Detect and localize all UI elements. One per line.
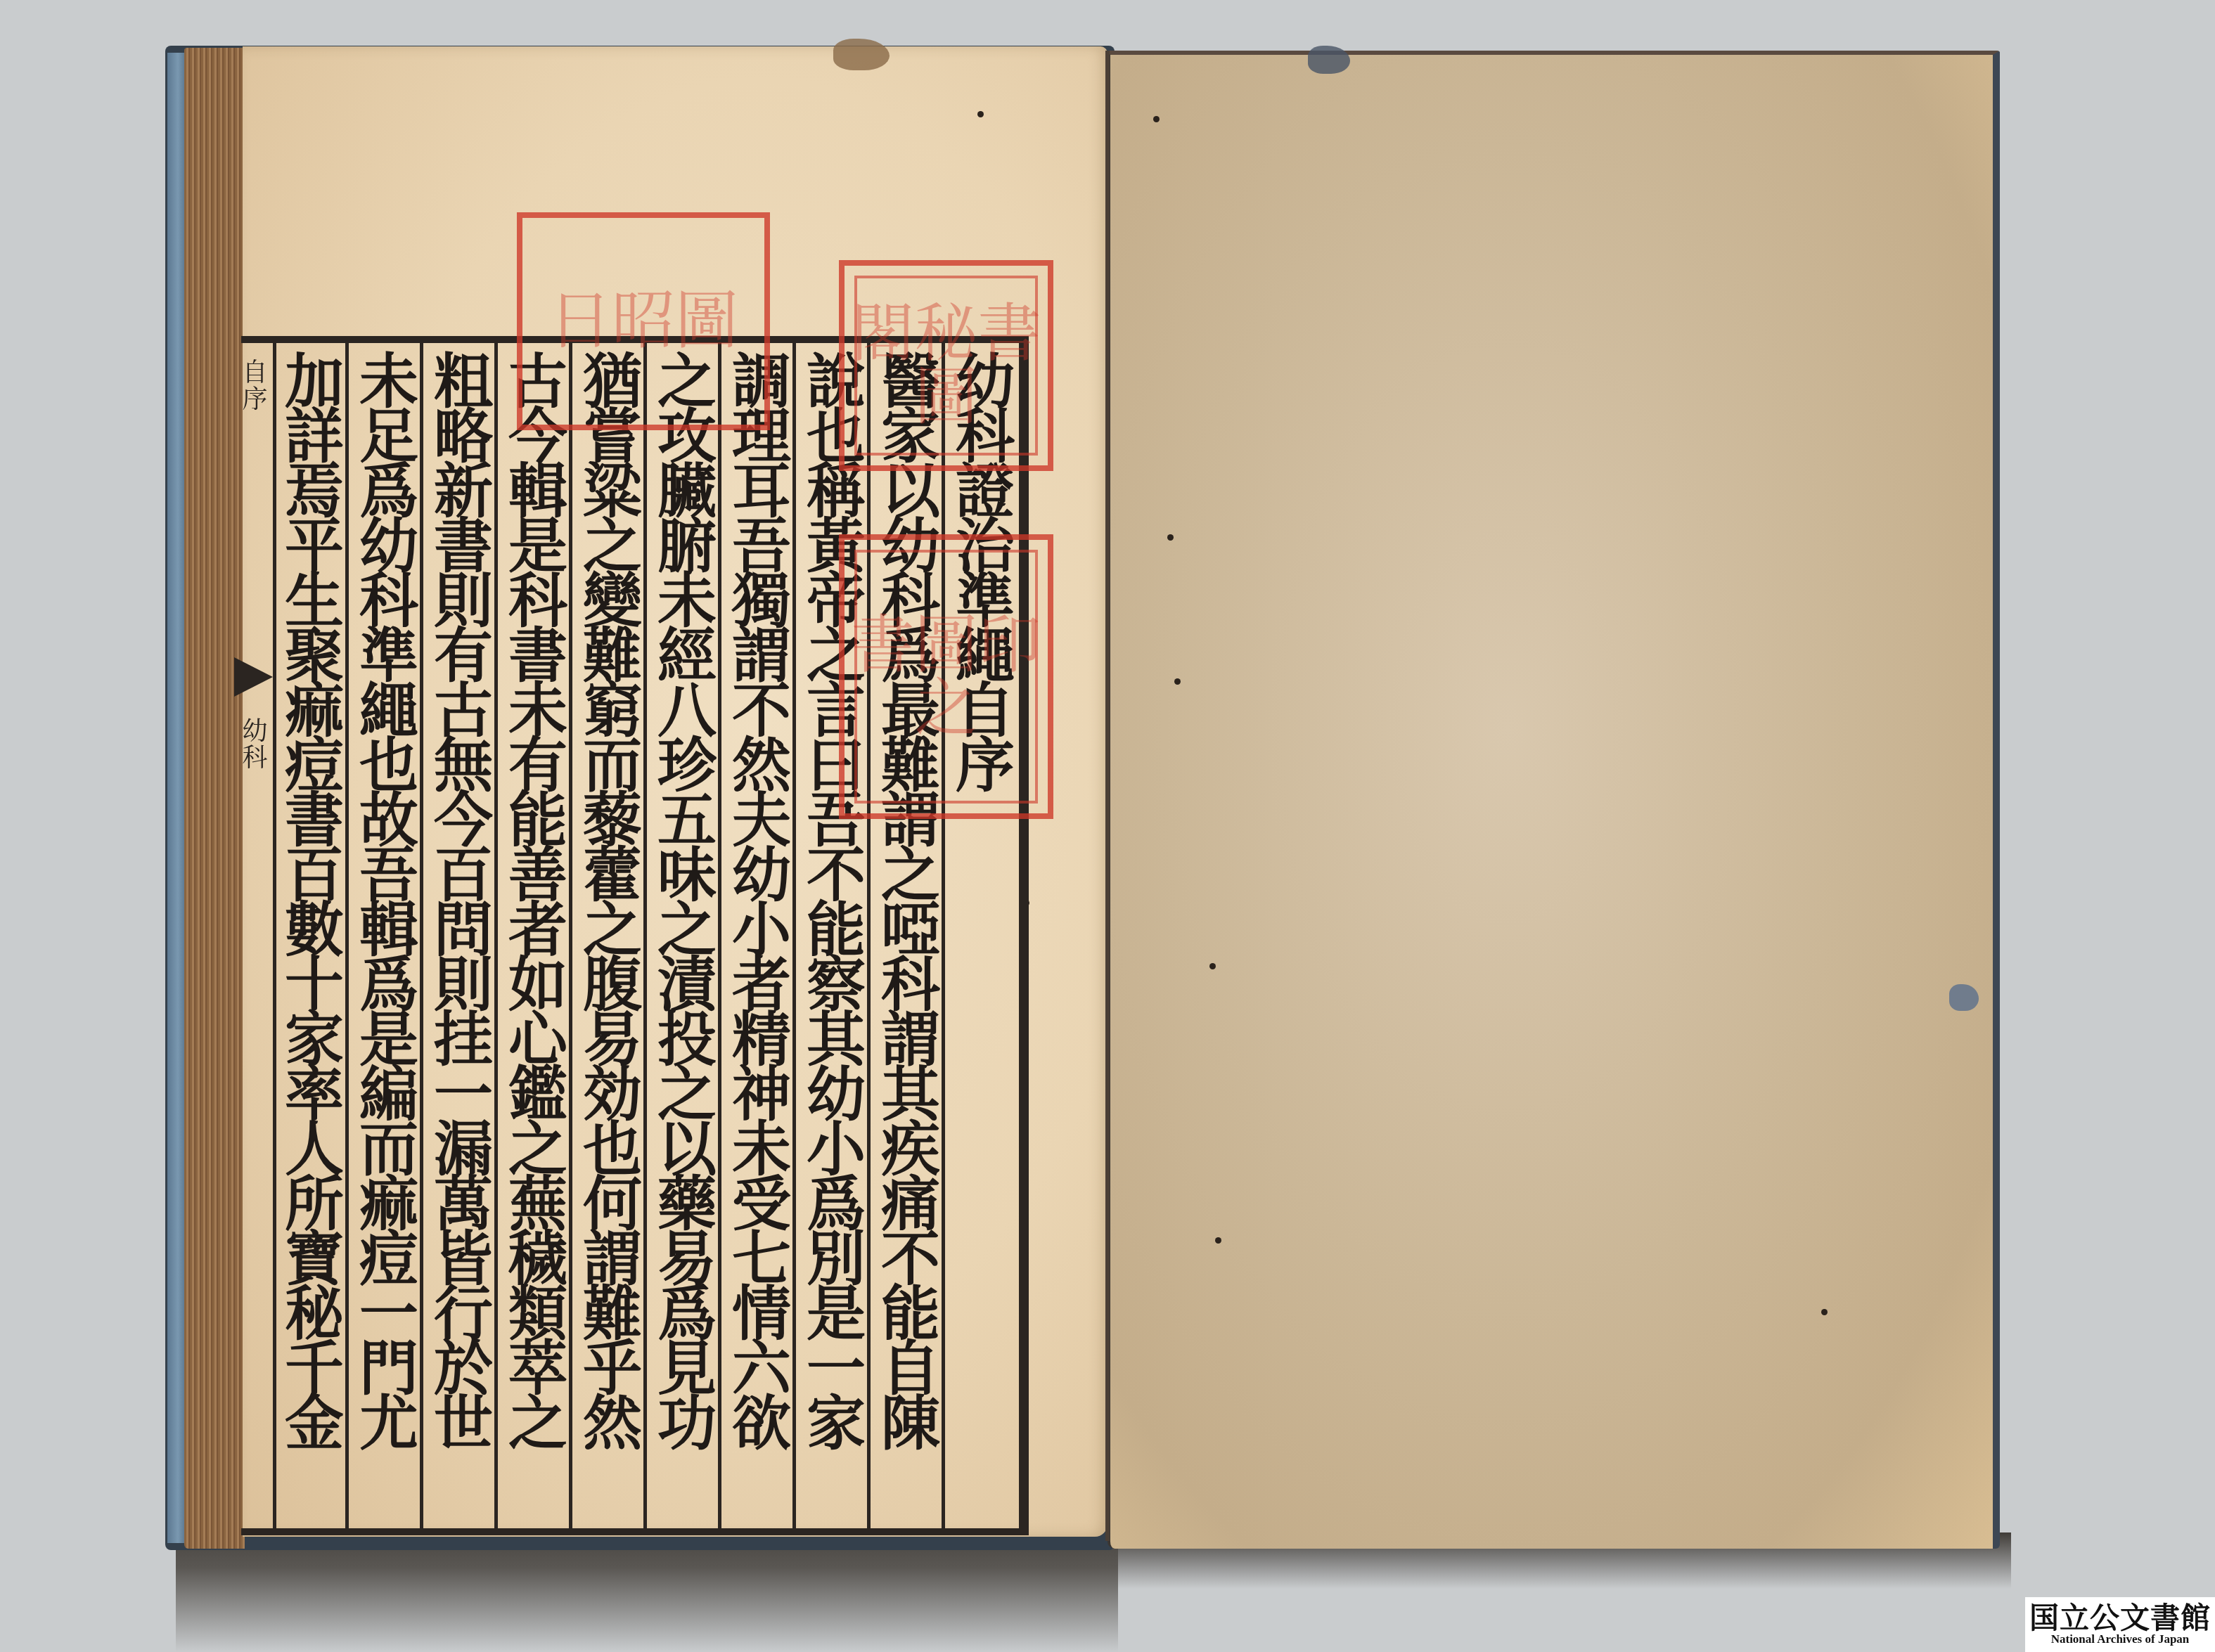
wormhole xyxy=(1821,1309,1828,1315)
text-column: 醫家以幼科爲最難謂之啞科謂其疾痛不能自陳 xyxy=(867,343,942,1528)
seal-char: 昭 xyxy=(612,290,675,353)
column-text: 之攻臟腑未經八珍五味之漬投之以藥易爲見功 xyxy=(653,350,712,1447)
text-columns: 幼科證治準繩自序 醫家以幼科爲最難謂之啞科謂其疾痛不能自陳 說也稱黃帝之言曰吾不… xyxy=(274,343,1016,1528)
text-column: 說也稱黃帝之言曰吾不能察其幼小爲別是一家 xyxy=(792,343,867,1528)
wormhole xyxy=(977,111,984,117)
seal-char: 日 xyxy=(548,290,612,353)
text-column: 猶嘗粱之變難窮而藜藿之腹易効也何謂難乎然 xyxy=(569,343,643,1528)
text-column: 調理耳吾獨謂不然夫幼小者精神未受七情六欲 xyxy=(718,343,792,1528)
seal-char: 圖 xyxy=(915,614,978,677)
text-column-title: 幼科證治準繩自序 xyxy=(942,343,1016,1528)
gyobi-fishtail-mark xyxy=(234,657,273,697)
national-archives-logo: 国立公文書館 National Archives of Japan xyxy=(2025,1597,2215,1652)
wormhole xyxy=(1167,534,1174,541)
book-gutter xyxy=(1105,51,1110,1541)
hashira-top-label: 自序 xyxy=(243,359,271,412)
red-seal-stamp-lower-right: 書 圖 印 之 xyxy=(839,534,1053,819)
red-seal-stamp-top-left: 日 昭 圖 xyxy=(517,212,770,430)
column-text: 猶嘗粱之變難窮而藜藿之腹易効也何謂難乎然 xyxy=(579,350,638,1447)
paper-tear-top-left xyxy=(833,39,890,70)
logo-english-text: National Archives of Japan xyxy=(2051,1633,2190,1646)
hashira-bottom-label: 幼科 xyxy=(243,717,271,770)
red-seal-stamp-top-right: 閣 秘 書 圖 xyxy=(839,260,1053,471)
column-text: 未足爲幼科準繩也故吾輯爲是編而痲痘一門尤 xyxy=(355,350,414,1447)
logo-japanese-text: 国立公文書館 xyxy=(2029,1603,2211,1633)
seal-char: 圖 xyxy=(915,366,978,429)
wormhole xyxy=(1215,1237,1221,1244)
column-text: 說也稱黃帝之言曰吾不能察其幼小爲別是一家 xyxy=(802,350,861,1447)
text-column: 未足爲幼科準繩也故吾輯爲是編而痲痘一門尤 xyxy=(345,343,420,1528)
column-text: 古今輯是科書未有能善者如心鑑之蕪穢類萃之 xyxy=(504,350,563,1447)
paper-stain-right-edge xyxy=(1949,984,1979,1011)
column-text: 醫家以幼科爲最難謂之啞科謂其疾痛不能自陳 xyxy=(877,350,936,1447)
hashira-margin xyxy=(234,336,276,1535)
column-text: 加詳焉平生聚痲痘書百數十家率人所寶秘千金 xyxy=(281,350,340,1447)
text-column: 粗略新書則有古無今百問則挂一漏萬皆行於世 xyxy=(420,343,494,1528)
text-column: 加詳焉平生聚痲痘書百數十家率人所寶秘千金 xyxy=(274,343,345,1528)
paper-tear-top-right xyxy=(1308,46,1350,74)
wormhole xyxy=(1174,678,1181,685)
seal-char: 圖 xyxy=(675,290,738,353)
seal-char: 秘 xyxy=(915,302,978,366)
seal-char: 書 xyxy=(978,302,1041,366)
seal-char: 印 xyxy=(978,614,1041,677)
right-page-blank xyxy=(1107,51,2000,1549)
wormhole xyxy=(1153,116,1160,122)
text-column: 之攻臟腑未經八珍五味之漬投之以藥易爲見功 xyxy=(643,343,718,1528)
seal-char: 閣 xyxy=(852,302,915,366)
seal-char: 之 xyxy=(915,677,978,740)
text-column: 古今輯是科書未有能善者如心鑑之蕪穢類萃之 xyxy=(494,343,569,1528)
seal-char: 書 xyxy=(852,614,915,677)
wormhole xyxy=(1209,963,1216,969)
column-text: 調理耳吾獨謂不然夫幼小者精神未受七情六欲 xyxy=(728,350,787,1447)
column-text: 粗略新書則有古無今百問則挂一漏萬皆行於世 xyxy=(430,350,489,1447)
